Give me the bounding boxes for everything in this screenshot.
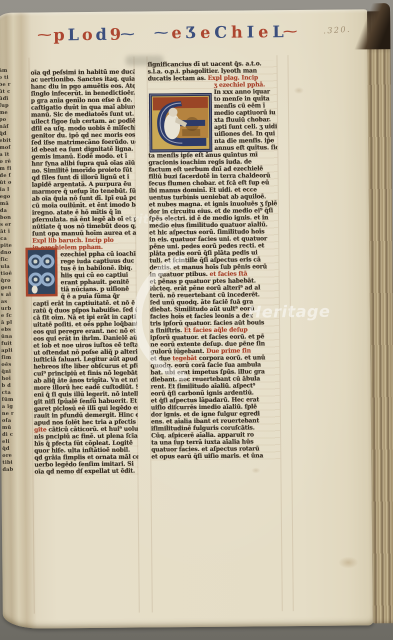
header-letter: I [247, 22, 259, 41]
header-letter: e [200, 23, 214, 42]
manuscript-photo: { "meta": { "description": "Photograph o… [0, 0, 393, 640]
header-letter: e [258, 22, 272, 41]
watermark-text-partial: eritage [123, 212, 176, 228]
folio-number: .320. [323, 25, 351, 36]
historiated-initial-ezekiel [149, 93, 213, 153]
text-line: oīa qd nemo dſ expellat ut ēdit. [34, 468, 138, 476]
header-flourish: ~ [282, 25, 307, 38]
text-line: et opus earū q̄ſi uiſio maris. et ūna [151, 452, 280, 460]
historiated-initial-artwork [149, 93, 213, 153]
header-letter: C [214, 23, 231, 42]
body-text: oīa qd nemo dſ expellat ut ēdit. [34, 468, 135, 476]
header-flourish: ~ [36, 28, 59, 41]
body-text: ducatis lectam as. [148, 75, 208, 83]
header-flourish: ~ [118, 28, 141, 41]
header-letter: o [82, 25, 96, 44]
header-letter: L [68, 25, 82, 44]
running-header: ~pLod9~ ~eƷeChIeL~ [0, 22, 368, 50]
header-letter: h [231, 23, 247, 42]
running-header-prologus: ~pLod9~ [41, 25, 136, 45]
header-flourish: ~ [152, 26, 177, 39]
stain-mark [251, 467, 260, 473]
open-book: āmo tibe rūt cūdī ſup me po nāſ q̄d ebit… [0, 0, 393, 640]
header-letter: Ʒ [186, 23, 201, 42]
watermark-text: Heritage [248, 302, 331, 322]
header-letter: d [95, 25, 109, 44]
running-header-ezechiel: ~eƷeChIeL~ [158, 22, 301, 42]
decorated-initial-small [25, 247, 57, 296]
stain-mark [294, 87, 304, 94]
body-text: et opus earū q̄ſi uiſio maris. et ūna [151, 452, 263, 460]
watermark-crescent-icon [95, 252, 212, 385]
decorated-initial-roundels [25, 247, 57, 296]
